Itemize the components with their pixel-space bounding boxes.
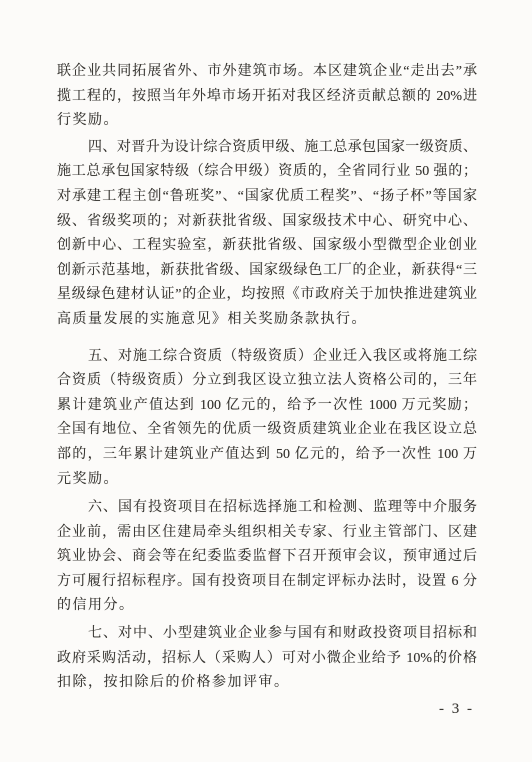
text-line: 政府采购活动，招标人（采购人）可对小微企业给予 10%的价格 <box>57 647 477 672</box>
text-line: 的信用分。 <box>57 594 477 619</box>
text-line: 五、对施工综合资质（特级资质）企业迁入我区或将施工综 <box>57 345 477 370</box>
text-line: 高质量发展的实施意见》相关奖励条款执行。 <box>57 308 477 333</box>
text-line: 施工总承包国家特级（综合甲级）资质的，全省同行业 50 强的； <box>57 160 477 185</box>
text-line: 对承建工程主创“鲁班奖”、“国家优质工程奖”、“扬子杯”等国家 <box>57 185 477 210</box>
text-line: 创新示范基地，新获批省级、国家级绿色工厂的企业，新获得“三 <box>57 259 477 284</box>
text-line: 合资质（特级资质）分立到我区设立独立法人资格公司的，三年 <box>57 369 477 394</box>
paragraph-item-6: 六、国有投资项目在招标选择施工和检测、监理等中介服务 企业前，需由区住建局牵头组… <box>57 496 477 619</box>
scanned-document-page: 联企业共同拓展省外、市外建筑市场。本区建筑企业“走出去”承 揽工程的，按照当年外… <box>0 0 532 762</box>
text-line: 部的，三年累计建筑业产值达到 50 亿元的，给予一次性 100 万 <box>57 443 477 468</box>
text-line: 企业前，需由区住建局牵头组织相关专家、行业主管部门、区建 <box>57 521 477 546</box>
text-line: 全国有地位、全省领先的优质一级资质建筑业企业在我区设立总 <box>57 418 477 443</box>
paragraph-continuation: 联企业共同拓展省外、市外建筑市场。本区建筑企业“走出去”承 揽工程的，按照当年外… <box>57 60 477 134</box>
document-body: 联企业共同拓展省外、市外建筑市场。本区建筑企业“走出去”承 揽工程的，按照当年外… <box>57 60 477 696</box>
text-line: 级、省级奖项的；对新获批省级、国家级技术中心、研究中心、 <box>57 210 477 235</box>
text-line: 累计建筑业产值达到 100 亿元的，给予一次性 1000 万元奖励； <box>57 394 477 419</box>
text-line: 联企业共同拓展省外、市外建筑市场。本区建筑企业“走出去”承 <box>57 60 477 85</box>
text-line: 揽工程的，按照当年外埠市场开拓对我区经济贡献总额的 20%进 <box>57 85 477 110</box>
text-line: 创新中心、工程实验室，新获批省级、国家级小型微型企业创业 <box>57 234 477 259</box>
paragraph-item-5: 五、对施工综合资质（特级资质）企业迁入我区或将施工综 合资质（特级资质）分立到我… <box>57 345 477 493</box>
text-line: 扣除，按扣除后的价格参加评审。 <box>57 671 477 696</box>
text-line: 六、国有投资项目在招标选择施工和检测、监理等中介服务 <box>57 496 477 521</box>
text-line: 方可履行招标程序。国有投资项目在制定评标办法时，设置 6 分 <box>57 570 477 595</box>
text-line: 筑业协会、商会等在纪委监委监督下召开预审会议，预审通过后 <box>57 545 477 570</box>
paragraph-item-7: 七、对中、小型建筑业企业参与国有和财政投资项目招标和 政府采购活动，招标人（采购… <box>57 622 477 696</box>
paragraph-item-4: 四、对晋升为设计综合资质甲级、施工总承包国家一级资质、 施工总承包国家特级（综合… <box>57 136 477 333</box>
text-line: 七、对中、小型建筑业企业参与国有和财政投资项目招标和 <box>57 622 477 647</box>
text-line: 行奖励。 <box>57 109 477 134</box>
text-line: 四、对晋升为设计综合资质甲级、施工总承包国家一级资质、 <box>57 136 477 161</box>
text-line: 元奖励。 <box>57 468 477 493</box>
page-number: - 3 - <box>439 701 474 718</box>
text-line: 星级绿色建材认证”的企业，均按照《市政府关于加快推进建筑业 <box>57 283 477 308</box>
